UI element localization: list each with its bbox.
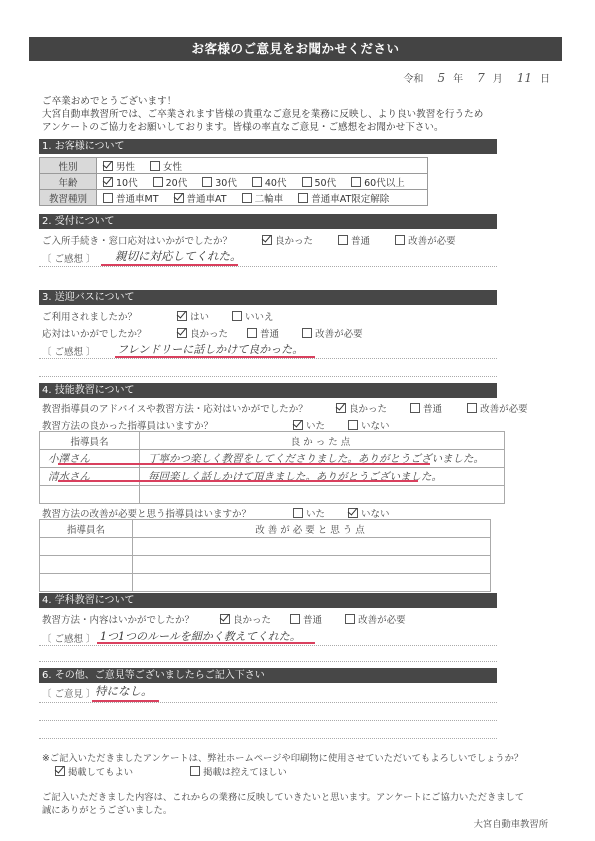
intro-line-2: 大宮自動車教習所では、ご卒業されます皆様の貴重なご意見を業務に反映し、より良い教… [42, 108, 562, 121]
section-6-heading: 6. その他、ご意見等ございましたらご記入下さい [39, 668, 497, 683]
school-signature: 大宮自動車教習所 [474, 818, 548, 831]
classroom-good-option[interactable]: 良かった [220, 615, 271, 626]
checkbox-checked-icon[interactable] [177, 311, 187, 321]
course-mt-option[interactable]: 普通車MT [103, 194, 159, 205]
good-instructor-question: 教習方法の良かった指導員はいますか？ [42, 418, 213, 432]
instructor-improve-option[interactable]: 改善が必要 [467, 404, 528, 415]
good-instructor-table: 指導員名 良かった点 小澤さん 丁寧かつ楽しく教習をしてくださりました。ありがと… [39, 431, 505, 504]
checkbox-icon[interactable] [467, 403, 477, 413]
classroom-normal-option[interactable]: 普通 [290, 615, 322, 626]
table-row [40, 538, 491, 556]
instructor-name-cell[interactable] [40, 538, 133, 556]
checkbox-icon[interactable] [410, 403, 420, 413]
section-1-heading: 1. お客様について [39, 139, 497, 154]
checkbox-checked-icon[interactable] [177, 328, 187, 338]
checkbox-icon[interactable] [395, 235, 405, 245]
customer-info-table: 性別 男性 女性 年齢 10代 20代 30代 40代 50代 60代以上 教習… [39, 157, 428, 206]
classroom-options: 良かった 普通 改善が必要 [220, 612, 418, 626]
age-30s-option[interactable]: 30代 [202, 178, 237, 189]
checkbox-checked-icon[interactable] [336, 403, 346, 413]
comment-line [39, 738, 497, 739]
reception-improve-option[interactable]: 改善が必要 [395, 236, 456, 247]
section-2-heading: 2. 受付について [39, 214, 497, 229]
bus-usage-options: はい いいえ [177, 309, 286, 323]
improve-point-cell[interactable] [133, 538, 491, 556]
reception-options: 良かった 普通 改善が必要 [262, 233, 468, 247]
bus-service-options: 良かった 普通 改善が必要 [177, 326, 375, 340]
date-era: 令和 [403, 74, 423, 85]
reception-normal-option[interactable]: 普通 [338, 236, 370, 247]
day-unit: 日 [540, 74, 550, 85]
table-row [40, 486, 505, 504]
bus-no-option[interactable]: いいえ [232, 312, 274, 323]
intro-line-1: ご卒業おめでとうございます！ [42, 95, 562, 108]
consent-options: 掲載してもよい 掲載は控えてほしい [55, 766, 299, 779]
bus-yes-option[interactable]: はい [177, 312, 209, 323]
good-instructor-options: いた いない [293, 418, 402, 432]
checkbox-icon[interactable] [302, 177, 312, 187]
age-60s-option[interactable]: 60代以上 [351, 178, 405, 189]
section-4-heading: 4. 技能教習について [39, 383, 497, 398]
comment-line [39, 358, 497, 359]
gender-row: 性別 男性 女性 [40, 158, 428, 174]
age-40s-option[interactable]: 40代 [252, 178, 287, 189]
highlight-underline [58, 463, 430, 465]
bus-usage-question: ご利用されましたか？ [42, 309, 137, 323]
checkbox-checked-icon[interactable] [55, 766, 65, 776]
checkbox-checked-icon[interactable] [103, 161, 113, 171]
checkbox-icon[interactable] [153, 177, 163, 187]
comment-line [39, 266, 497, 267]
instructor-name-cell[interactable] [40, 556, 133, 574]
comment-line [39, 376, 497, 377]
date-year[interactable]: 5 [437, 71, 445, 85]
course-type-row: 教習種別 普通車MT 普通車AT 二輪車 普通車AT限定解除 [40, 190, 428, 206]
gender-male-option[interactable]: 男性 [103, 162, 135, 173]
date-month[interactable]: 7 [477, 71, 485, 85]
instructor-name-cell[interactable] [40, 574, 133, 592]
checkbox-icon[interactable] [302, 328, 312, 338]
highlight-underline [58, 480, 418, 482]
bus-service-question: 応対はいかがでしたか？ [42, 326, 147, 340]
checkbox-checked-icon[interactable] [293, 420, 303, 430]
classroom-question: 教習方法・内容はいかがでしたか？ [42, 612, 194, 626]
bus-improve-option[interactable]: 改善が必要 [302, 329, 363, 340]
improve-points-header: 改善が必要と思う点 [133, 520, 491, 538]
checkbox-icon[interactable] [190, 766, 200, 776]
survey-title: お客様のご意見をお聞かせください [29, 37, 562, 61]
course-at-removal-option[interactable]: 普通車AT限定解除 [298, 194, 389, 205]
age-20s-option[interactable]: 20代 [153, 178, 188, 189]
instructor-name-header: 指導員名 [40, 432, 140, 450]
checkbox-icon[interactable] [348, 420, 358, 430]
bus-comment[interactable]: フレンドリーに話しかけて良かった。 [117, 341, 303, 357]
checkbox-icon[interactable] [232, 311, 242, 321]
table-header-row: 指導員名 改善が必要と思う点 [40, 520, 491, 538]
checkbox-checked-icon[interactable] [348, 508, 358, 518]
instructor-normal-option[interactable]: 普通 [410, 404, 442, 415]
checkbox-icon[interactable] [351, 177, 361, 187]
comment-line [39, 720, 497, 721]
checkbox-icon[interactable] [202, 177, 212, 187]
classroom-improve-option[interactable]: 改善が必要 [345, 615, 406, 626]
checkbox-icon[interactable] [338, 235, 348, 245]
checkbox-icon[interactable] [247, 328, 257, 338]
checkbox-icon[interactable] [150, 161, 160, 171]
consent-question: ※ご記入いただきましたアンケートは、弊社ホームページや印刷物に使用させていただい… [42, 752, 523, 765]
checkbox-icon[interactable] [345, 614, 355, 624]
consent-allow-option[interactable]: 掲載してもよい [55, 767, 133, 778]
comment-line [39, 702, 497, 703]
other-comment[interactable]: 特になし。 [95, 683, 153, 699]
reception-question: ご入所手続き・窓口応対はいかがでしたか？ [42, 233, 232, 247]
other-comment-label: 〔 ご意見 〕 [42, 686, 96, 700]
consent-decline-option[interactable]: 掲載は控えてほしい [190, 767, 287, 778]
intro-line-3: アンケートのご協力をお願いしております。皆様の率直なご意見・ご感想をお聞かせ下さ… [42, 121, 562, 134]
reception-comment[interactable]: 親切に対応してくれた。 [115, 248, 242, 264]
gender-female-option[interactable]: 女性 [150, 162, 182, 173]
table-row [40, 574, 491, 592]
bus-normal-option[interactable]: 普通 [247, 329, 279, 340]
comment-line [39, 661, 497, 662]
bus-good-option[interactable]: 良かった [177, 329, 228, 340]
comment-line [39, 645, 497, 646]
age-10s-option[interactable]: 10代 [103, 178, 138, 189]
checkbox-checked-icon[interactable] [262, 235, 272, 245]
highlight-underline [97, 642, 315, 644]
instructor-name-cell[interactable]: 清水さん [40, 468, 140, 486]
classroom-comment-label: 〔 ご感想 〕 [42, 631, 96, 645]
closing-line-1: ご記入いただきました内容は、これからの業務に反映していきたいと思います。アンケー… [42, 791, 524, 804]
section-5-heading: 4. 学科教習について [39, 593, 497, 608]
intro-text: ご卒業おめでとうございます！ 大宮自動車教習所では、ご卒業されます皆様の貴重なご… [42, 95, 562, 134]
gender-label: 性別 [40, 158, 97, 174]
improve-point-cell[interactable] [133, 556, 491, 574]
good-point-cell[interactable]: 毎回楽しく話しかけて頂きました。ありがとうございました。 [140, 468, 505, 486]
checkbox-checked-icon[interactable] [220, 614, 230, 624]
checkbox-icon[interactable] [103, 193, 113, 203]
instructor-eval-options: 良かった 普通 改善が必要 [336, 401, 540, 415]
reception-good-option[interactable]: 良かった [262, 236, 313, 247]
instructor-good-option[interactable]: 良かった [336, 404, 387, 415]
checkbox-icon[interactable] [293, 508, 303, 518]
bad-instructor-question: 教習方法の改善が必要と思う指導員はいますか？ [42, 506, 251, 520]
instructor-name-cell[interactable] [40, 486, 140, 504]
course-motorcycle-option[interactable]: 二輪車 [242, 194, 284, 205]
improve-point-cell[interactable] [133, 574, 491, 592]
month-unit: 月 [493, 74, 503, 85]
checkbox-icon[interactable] [298, 193, 308, 203]
year-unit: 年 [453, 74, 463, 85]
table-header-row: 指導員名 良かった点 [40, 432, 505, 450]
bad-instructor-options: いた いない [293, 506, 402, 520]
age-50s-option[interactable]: 50代 [302, 178, 337, 189]
good-point-cell[interactable] [140, 486, 505, 504]
good-points-header: 良かった点 [140, 432, 505, 450]
checkbox-checked-icon[interactable] [103, 177, 113, 187]
closing-line-2: 誠にありがとうございました。 [42, 804, 524, 817]
date-day[interactable]: 11 [517, 71, 532, 85]
reception-comment-label: 〔 ご感想 〕 [42, 251, 96, 265]
closing-text: ご記入いただきました内容は、これからの業務に反映していきたいと思います。アンケー… [42, 791, 524, 817]
checkbox-icon[interactable] [242, 193, 252, 203]
section-3-heading: 3. 送迎バスについて [39, 290, 497, 305]
course-at-option[interactable]: 普通車AT [174, 194, 227, 205]
checkbox-icon[interactable] [252, 177, 262, 187]
instructor-name-header: 指導員名 [40, 520, 133, 538]
age-row: 年齢 10代 20代 30代 40代 50代 60代以上 [40, 174, 428, 190]
table-row: 清水さん 毎回楽しく話しかけて頂きました。ありがとうございました。 [40, 468, 505, 486]
improve-instructor-table: 指導員名 改善が必要と思う点 [39, 519, 491, 592]
checkbox-checked-icon[interactable] [174, 193, 184, 203]
age-label: 年齢 [40, 174, 97, 190]
survey-date: 令和5年7月11日 [403, 70, 550, 85]
table-row [40, 556, 491, 574]
checkbox-icon[interactable] [290, 614, 300, 624]
course-type-label: 教習種別 [40, 190, 97, 206]
instructor-eval-question: 教習指導員のアドバイスや教習方法・応対はいかがでしたか？ [42, 401, 308, 415]
bus-comment-label: 〔 ご感想 〕 [42, 344, 96, 358]
